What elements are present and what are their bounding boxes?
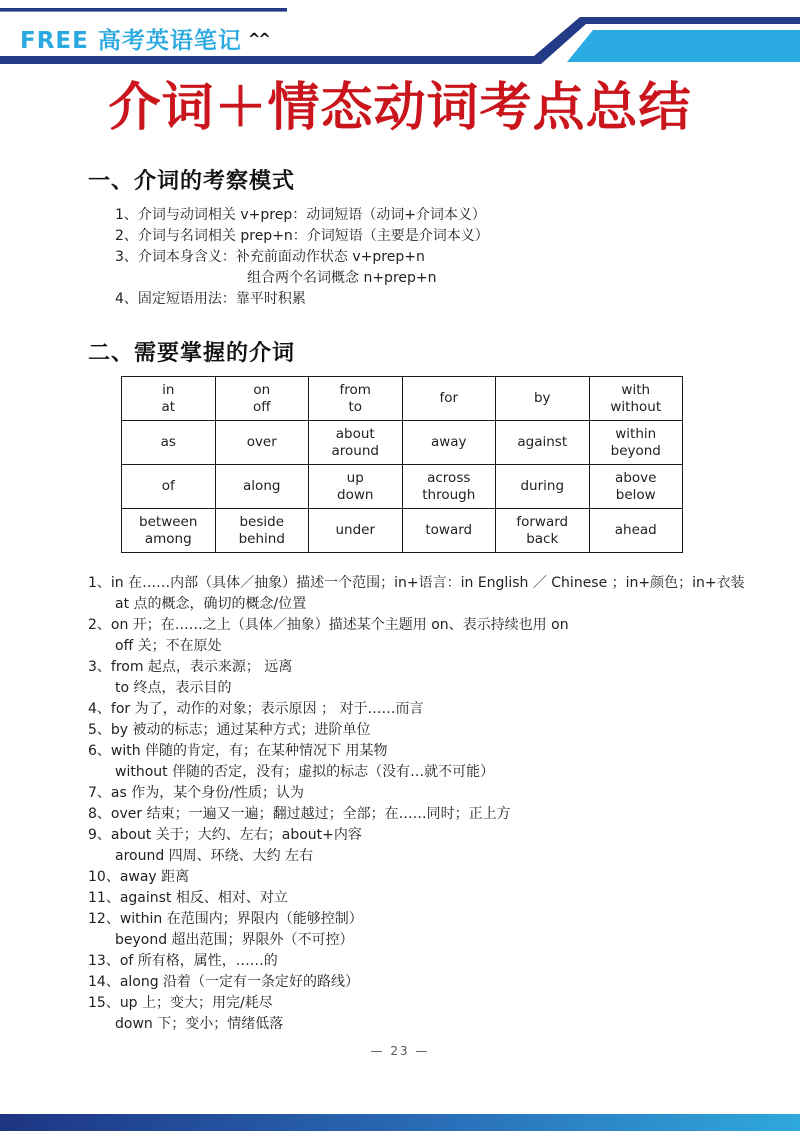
list-line: to 终点，表示目的	[88, 678, 800, 699]
table-cell: aboutaround	[309, 421, 403, 465]
owl-eyes-icon: ^^	[248, 30, 269, 48]
list-line: 组合两个名词概念 n+prep+n	[115, 268, 800, 289]
list-line: around 四周、环绕、大约 左右	[88, 846, 800, 867]
footer-bar	[0, 1114, 800, 1131]
section2-heading: 二、需要掌握的介词	[88, 336, 800, 367]
table-cell: by	[496, 377, 590, 421]
list-line: 2、on 开；在……之上（具体／抽象）描述某个主题用 on、表示持续也用 on	[88, 615, 800, 636]
brand-title: FREE 高考英语笔记^^	[20, 22, 269, 55]
list-line: down 下；变小；情绪低落	[88, 1014, 800, 1035]
table-row: betweenamongbesidebehindundertowardforwa…	[122, 509, 683, 553]
table-cell: over	[215, 421, 309, 465]
list-line: 12、within 在范围内；界限内（能够控制）	[88, 909, 800, 930]
table-cell: withinbeyond	[589, 421, 683, 465]
list-line: 8、over 结束；一遍又一遍；翻过越过；全部；在……同时；正上方	[88, 804, 800, 825]
page-title: 介词＋情态动词考点总结	[0, 78, 800, 138]
list-line: 15、up 上；变大；用完/耗尽	[88, 993, 800, 1014]
table-cell: withwithout	[589, 377, 683, 421]
table-cell: as	[122, 421, 216, 465]
table-cell: besidebehind	[215, 509, 309, 553]
table-row: inatonofffromtoforbywithwithout	[122, 377, 683, 421]
exam-patterns-list: 1、介词与动词相关 v+prep：动词短语（动词+介词本义）2、介词与名词相关 …	[115, 205, 800, 310]
table-cell: during	[496, 465, 590, 509]
table-row: asoveraboutaroundawayagainstwithinbeyond	[122, 421, 683, 465]
list-line: 5、by 被动的标志；通过某种方式；进阶单位	[88, 720, 800, 741]
table-cell: of	[122, 465, 216, 509]
list-line: 3、介词本身含义：补充前面动作状态 v+prep+n	[115, 247, 800, 268]
list-line: 7、as 作为，某个身份/性质；认为	[88, 783, 800, 804]
list-line: off 关；不在原处	[88, 636, 800, 657]
list-line: 10、away 距离	[88, 867, 800, 888]
list-line: 11、against 相反、相对、对立	[88, 888, 800, 909]
list-line: beyond 超出范围；界限外（不可控）	[88, 930, 800, 951]
list-line: 9、about 关于；大约、左右；about+内容	[88, 825, 800, 846]
list-line: 13、of 所有格，属性，……的	[88, 951, 800, 972]
prepositions-table-body: inatonofffromtoforbywithwithoutasoverabo…	[122, 377, 683, 553]
table-cell: ahead	[589, 509, 683, 553]
table-cell: for	[402, 377, 496, 421]
prepositions-table: inatonofffromtoforbywithwithoutasoverabo…	[121, 376, 683, 553]
list-line: 6、with 伴随的肯定，有；在某种情况下 用某物	[88, 741, 800, 762]
table-cell: abovebelow	[589, 465, 683, 509]
table-cell: along	[215, 465, 309, 509]
table-cell: updown	[309, 465, 403, 509]
list-line: 4、固定短语用法：靠平时积累	[115, 289, 800, 310]
preposition-notes-list: 1、in 在……内部（具体／抽象）描述一个范围；in+语言：in English…	[88, 573, 800, 1035]
table-cell: fromto	[309, 377, 403, 421]
table-cell: acrossthrough	[402, 465, 496, 509]
table-row: ofalongupdownacrossthroughduringabovebel…	[122, 465, 683, 509]
table-cell: toward	[402, 509, 496, 553]
list-line: 14、along 沿着（一定有一条定好的路线）	[88, 972, 800, 993]
page-header: FREE 高考英语笔记^^	[0, 0, 800, 70]
list-line: 3、from 起点，表示来源； 远离	[88, 657, 800, 678]
table-cell: forwardback	[496, 509, 590, 553]
list-line: 1、介词与动词相关 v+prep：动词短语（动词+介词本义）	[115, 205, 800, 226]
brand-text: FREE 高考英语笔记	[20, 28, 242, 54]
table-cell: betweenamong	[122, 509, 216, 553]
table-cell: under	[309, 509, 403, 553]
list-line: 4、for 为了，动作的对象；表示原因 ； 对于……而言	[88, 699, 800, 720]
section1-heading: 一、介词的考察模式	[88, 164, 800, 195]
list-line: 2、介词与名词相关 prep+n：介词短语（主要是介词本义）	[115, 226, 800, 247]
table-cell: away	[402, 421, 496, 465]
list-line: without 伴随的否定，没有；虚拟的标志（没有…就不可能）	[88, 762, 800, 783]
page-number: — 23 —	[0, 1044, 800, 1058]
table-cell: onoff	[215, 377, 309, 421]
table-cell: against	[496, 421, 590, 465]
list-line: 1、in 在……内部（具体／抽象）描述一个范围；in+语言：in English…	[88, 573, 800, 594]
table-cell: inat	[122, 377, 216, 421]
list-line: at 点的概念，确切的概念/位置	[88, 594, 800, 615]
